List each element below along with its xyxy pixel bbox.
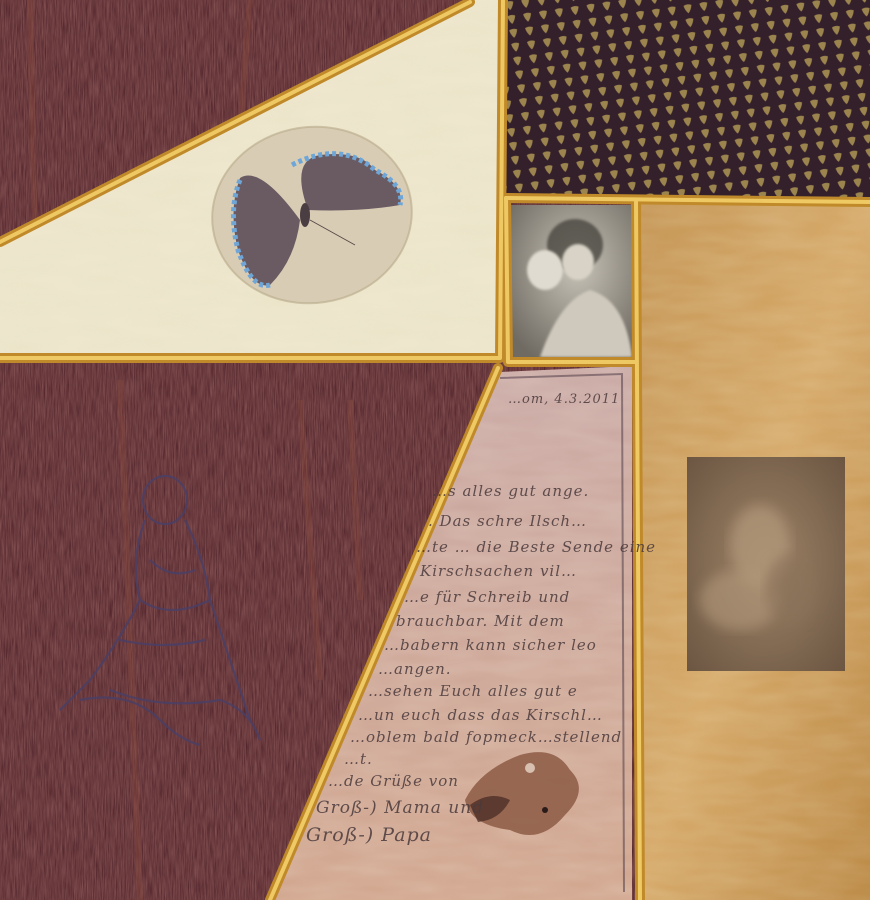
sepia-photo-embracing-figures [687,457,845,671]
letter-line: Groß-) Papa [306,824,432,846]
letter-line: brauchbar. Mit dem [396,612,565,630]
letter-line: Kirschsachen vil… [420,562,577,580]
letter-line: Groß-) Mama und [316,798,484,818]
letter-line: …t. [344,750,373,768]
letter-line: …oblem bald fopmeck…stellend [350,728,622,746]
collage-artwork: …om, 4.3.2011 …s alles gut ange. . Das s… [0,0,870,900]
letter-line: …te … die Beste Sende eine [416,538,656,556]
letter-date: …om, 4.3.2011 [508,392,620,407]
collage-svg [0,0,870,900]
letter-line: …sehen Euch alles gut e [368,682,578,700]
letter-line: …e für Schreib und [404,588,570,606]
letter-line: …de Grüße von [328,772,459,790]
letter-line: …un euch dass das Kirschl… [358,706,603,724]
letter-line: …angen. [378,660,452,678]
dot-pattern-panel [506,0,870,200]
letter-line: …s alles gut ange. [432,482,589,500]
letter-line: …babern kann sicher leo [384,636,597,654]
letter-line: . Das schre Ilsch… [428,512,587,530]
bw-photo-woman-child [510,205,632,357]
